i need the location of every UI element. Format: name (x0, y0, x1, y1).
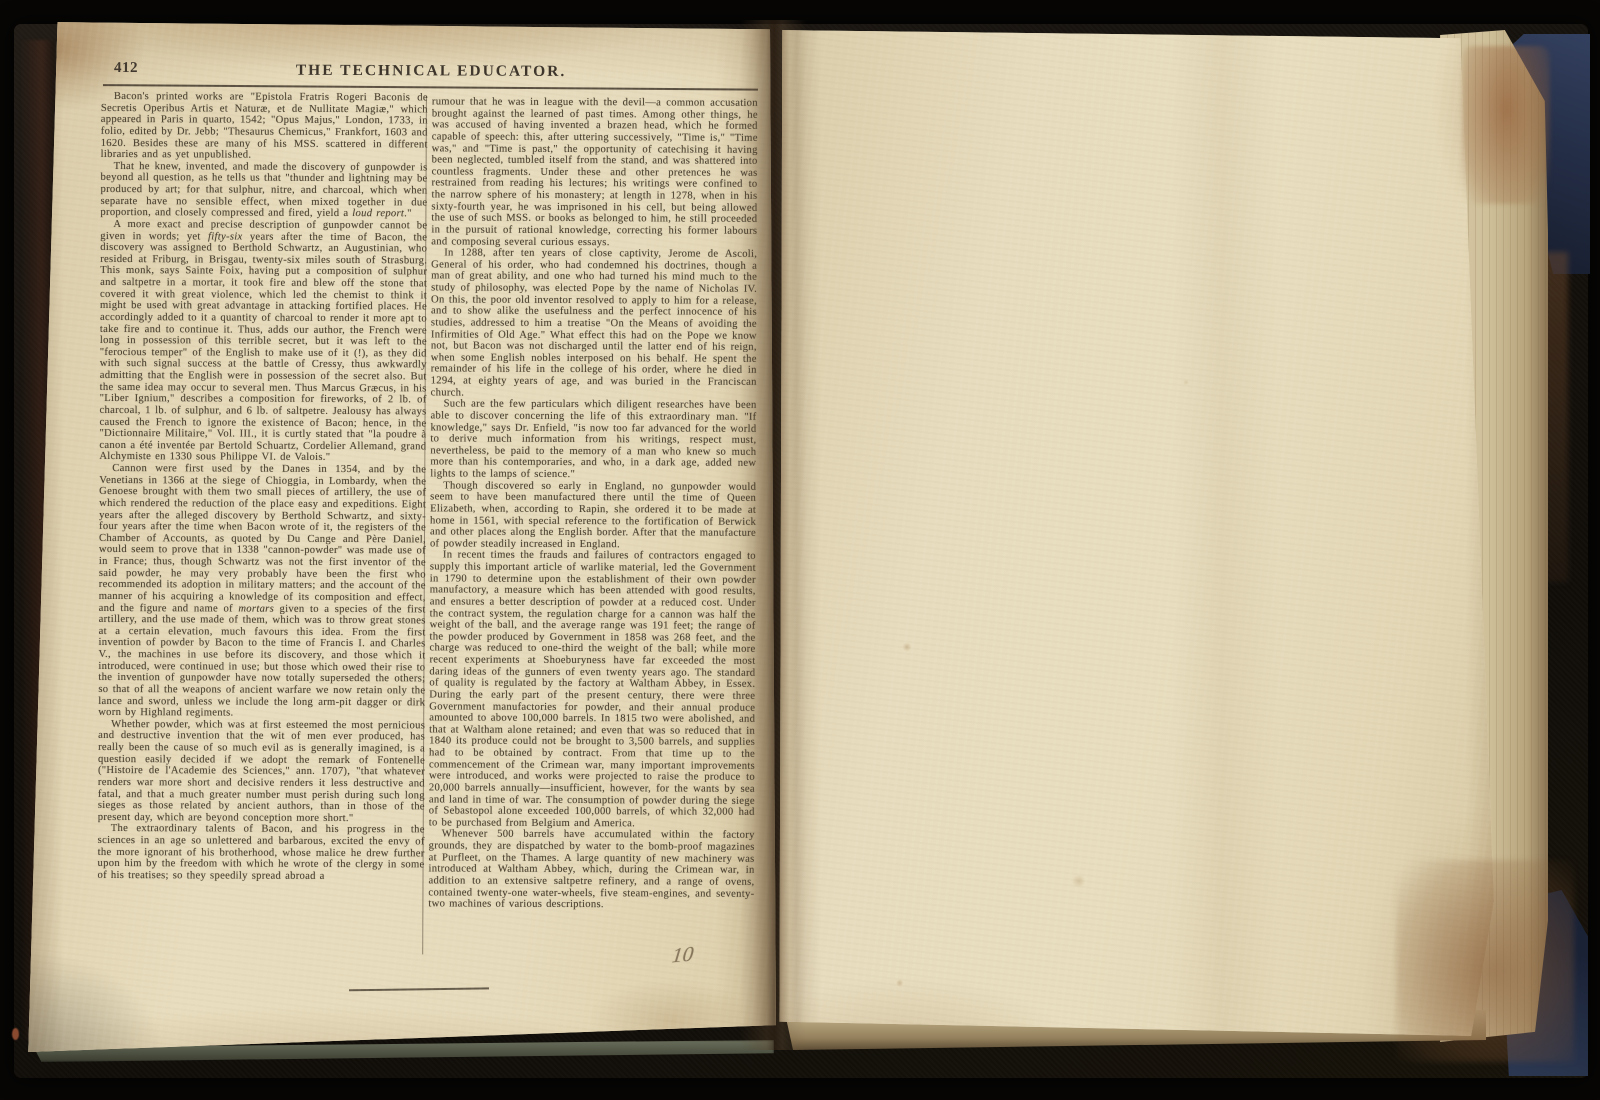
text-run: Cannon were first used by the Danes in 1… (99, 463, 427, 614)
text-run: Bacon's printed works are "Epistola Frat… (101, 91, 428, 161)
text-run: Whether powder, which was at first estee… (98, 719, 425, 824)
text-run: Though discovered so early in England, n… (430, 480, 756, 550)
text-run: In 1288, after ten years of close captiv… (431, 248, 758, 399)
text-run: Such are the few particulars which dilig… (430, 399, 756, 480)
paragraph: Cannon were first used by the Danes in 1… (98, 463, 426, 720)
footer-rule (349, 987, 489, 990)
italic-text: fifty-six (208, 231, 243, 242)
paragraph: In 1288, after ten years of close captiv… (431, 248, 758, 401)
paragraph: Whenever 500 barrels have accumulated wi… (428, 829, 754, 912)
text-run: rumour that he was in league with the de… (431, 96, 758, 247)
paragraph: That he knew, invented, and made the dis… (100, 161, 427, 221)
text-run: ." (404, 209, 412, 220)
paragraph: Though discovered so early in England, n… (430, 480, 756, 551)
paragraph: Whether powder, which was at first estee… (98, 719, 425, 825)
printed-content: 412 THE TECHNICAL EDUCATOR. Bacon's prin… (22, 18, 777, 1055)
paragraph: A more exact and precise description of … (99, 219, 427, 465)
pencil-page-mark: 10 (671, 942, 695, 969)
paragraph: In recent times the frauds and failures … (429, 550, 756, 830)
cover-wear-speck (12, 1028, 19, 1040)
left-page: 412 THE TECHNICAL EDUCATOR. Bacon's prin… (26, 18, 776, 1052)
text-run: years after the time of Bacon, the disco… (99, 231, 427, 463)
text-run: In recent times the frauds and failures … (429, 550, 756, 829)
text-column-right: rumour that he was in league with the de… (428, 96, 758, 959)
running-header: THE TECHNICAL EDUCATOR. (226, 61, 636, 81)
top-right-stain (1462, 46, 1550, 204)
italic-text: mortars (238, 603, 274, 614)
book-photo: 412 THE TECHNICAL EDUCATOR. Bacon's prin… (0, 0, 1600, 1100)
header-rule (103, 84, 758, 91)
text-run: Whenever 500 barrels have accumulated wi… (428, 829, 754, 910)
bottom-right-stain (1396, 860, 1574, 1062)
paragraph: The extraordinary talents of Bacon, and … (97, 823, 424, 883)
text-column-left: Bacon's printed works are "Epistola Frat… (97, 91, 428, 954)
paragraph: rumour that he was in league with the de… (431, 96, 758, 249)
paragraph: Such are the few particulars which dilig… (430, 399, 756, 482)
paragraph: Bacon's printed works are "Epistola Frat… (101, 91, 428, 162)
page-number: 412 (114, 60, 138, 77)
italic-text: loud report (352, 208, 404, 219)
right-page (778, 26, 1494, 1044)
text-run: given to a species of the first artiller… (98, 603, 426, 718)
text-run: The extraordinary talents of Bacon, and … (97, 823, 424, 881)
